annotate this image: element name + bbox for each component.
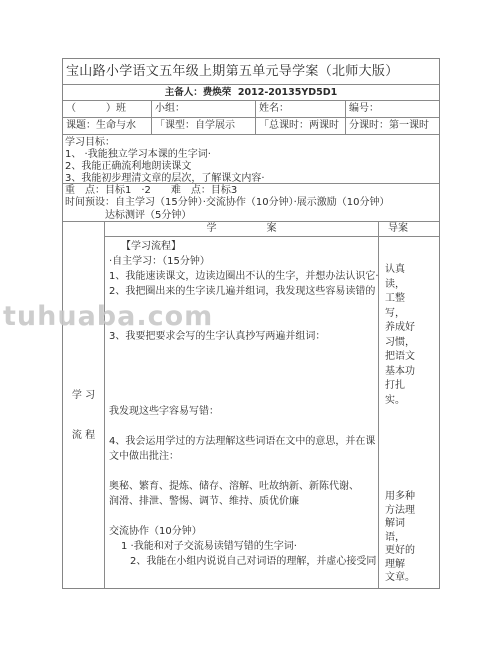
learn-line: 【学习流程】 bbox=[109, 239, 378, 254]
name-field: 姓名： bbox=[256, 101, 346, 117]
guide-note-line: 更好的 bbox=[385, 544, 439, 558]
learn-line: 交流协作（10分钟） bbox=[109, 524, 378, 539]
learn-line: 1 ·我能和对子交流易读错写错的生字词· bbox=[109, 539, 378, 554]
keypoint-line: 达标测评（5分钟） bbox=[65, 210, 437, 222]
goals-section: 学习目标：1、 ·我能独立学习本课的生字词·2、我能正确流利地朗读课文3、我能初… bbox=[63, 135, 439, 184]
goal-line: 学习目标： bbox=[65, 137, 437, 149]
guide-content: 认真读，工整写，养成好习惯，把语文基本功打扎实。 用多种方法理解词语，更好的理解… bbox=[379, 237, 439, 585]
info-row-1: （ ）班 小组： 姓名： 编号： bbox=[63, 101, 439, 118]
keypoint-line: 时间预设：自主学习（15分钟）·交流协作（10分钟）·展示激励（10分钟） bbox=[65, 197, 437, 209]
guide-note-line: 用多种 bbox=[385, 490, 439, 504]
learn-line bbox=[109, 374, 378, 389]
learn-line bbox=[109, 299, 378, 314]
guide-note-line: 理解 bbox=[385, 558, 439, 572]
learn-line: 我发现这些字容易写错： bbox=[109, 404, 378, 419]
guide-note-line: 方法理 bbox=[385, 504, 439, 518]
guide-note-line: 基本功 bbox=[385, 365, 439, 380]
guide-note-line: 认真 bbox=[385, 263, 439, 278]
flow-label-line: 学 习 bbox=[63, 388, 104, 403]
guide-note-line: 解词 bbox=[385, 517, 439, 531]
guide-note-line: 语， bbox=[385, 531, 439, 545]
guide-note-line: 读， bbox=[385, 278, 439, 293]
learn-line: 4、我会运用学过的方法理解这些词语在文中的意思，并在课 bbox=[109, 434, 378, 449]
guide-note-line: 写， bbox=[385, 307, 439, 322]
guide-note-line: 实。 bbox=[385, 394, 439, 409]
guide-note-2: 用多种方法理解词语，更好的理解文章。 bbox=[385, 490, 439, 585]
flow-label-line: 流 程 bbox=[63, 428, 104, 443]
learn-line bbox=[109, 464, 378, 479]
learn-line bbox=[109, 344, 378, 359]
guide-column: 导案 认真读，工整写，养成好习惯，把语文基本功打扎实。 用多种方法理解词语，更好… bbox=[379, 222, 439, 589]
learn-line bbox=[109, 509, 378, 524]
info-row-2: 课题：生命与水 「课型：自学展示 「总课时：两课时 分课时：第一课时 bbox=[63, 118, 439, 135]
learn-column: 学 案 【学习流程】·自主学习：（15分钟）1、我能速读课文，边读边圈出不认的生… bbox=[105, 222, 379, 589]
goal-line: 1、 ·我能独立学习本课的生字词· bbox=[65, 149, 437, 161]
guide-note-line: 养成好 bbox=[385, 321, 439, 336]
learn-line: 润滑、排泄、警惕、调节、维持、质优价廉 bbox=[109, 494, 378, 509]
group-field: 小组： bbox=[152, 101, 256, 117]
learn-line: 1、我能速读课文，边读边圈出不认的生字，并想办法认识它· bbox=[109, 269, 378, 284]
learn-line: ·自主学习：（15分钟） bbox=[109, 254, 378, 269]
period-field: 分课时：第一课时 bbox=[346, 118, 439, 134]
total-periods-field: 「总课时：两课时 bbox=[256, 118, 346, 134]
guide-note-1: 认真读，工整写，养成好习惯，把语文基本功打扎实。 bbox=[385, 263, 439, 408]
guide-note-line: 习惯， bbox=[385, 336, 439, 351]
learn-line: 2、我把圈出来的生字读几遍并组词，我发现这些容易读错的 字： bbox=[109, 284, 378, 299]
number-field: 编号： bbox=[346, 101, 439, 117]
keypoint-line: 重 点：目标1 ·2 难 点：目标3 bbox=[65, 185, 437, 197]
guide-note-line: 把语文 bbox=[385, 350, 439, 365]
author-line: 主备人：费焕荣 2012-20135YD5D1 bbox=[63, 85, 439, 101]
learn-line: 2、我能在小组内说说自己对词语的理解，并虚心接受同 bbox=[109, 554, 378, 569]
guide-note-line: 打扎 bbox=[385, 379, 439, 394]
lesson-type-field: 「课型：自学展示 bbox=[152, 118, 256, 134]
learn-line: 3、我要把要求会写的生字认真抄写两遍并组词： bbox=[109, 329, 378, 344]
learn-line bbox=[109, 389, 378, 404]
learn-line bbox=[109, 314, 378, 329]
lesson-plan-table: 宝山路小学语文五年级上期第五单元导学案（北师大版） 主备人：费焕荣 2012-2… bbox=[62, 58, 440, 589]
doc-title: 宝山路小学语文五年级上期第五单元导学案（北师大版） bbox=[63, 59, 439, 85]
subject-field: 课题：生命与水 bbox=[63, 118, 152, 134]
guide-column-header: 导案 bbox=[379, 222, 439, 237]
learn-column-header: 学 案 bbox=[105, 222, 378, 237]
learn-content: 【学习流程】·自主学习：（15分钟）1、我能速读课文，边读边圈出不认的生字，并想… bbox=[105, 237, 378, 569]
flow-row-label: 学 习流 程 bbox=[63, 222, 105, 589]
guide-note-line: 工整 bbox=[385, 292, 439, 307]
goal-line: 2、我能正确流利地朗读课文 bbox=[65, 161, 437, 173]
learn-line: 文中做出批注： bbox=[109, 449, 378, 464]
guide-note-line: 文章。 bbox=[385, 571, 439, 585]
learn-line bbox=[109, 419, 378, 434]
class-blank-field: （ ）班 bbox=[63, 101, 152, 117]
plan-body: 学 习流 程 学 案 【学习流程】·自主学习：（15分钟）1、我能速读课文，边读… bbox=[63, 222, 439, 589]
keypoints-section: 重 点：目标1 ·2 难 点：目标3时间预设：自主学习（15分钟）·交流协作（1… bbox=[63, 184, 439, 222]
learn-line: 奥秘、繁育、提炼、储存、溶解、吐故纳新、新陈代谢、 bbox=[109, 479, 378, 494]
goal-line: 3、我能初步理清文章的层次，了解课文内容· bbox=[65, 173, 437, 184]
learn-line bbox=[109, 359, 378, 374]
